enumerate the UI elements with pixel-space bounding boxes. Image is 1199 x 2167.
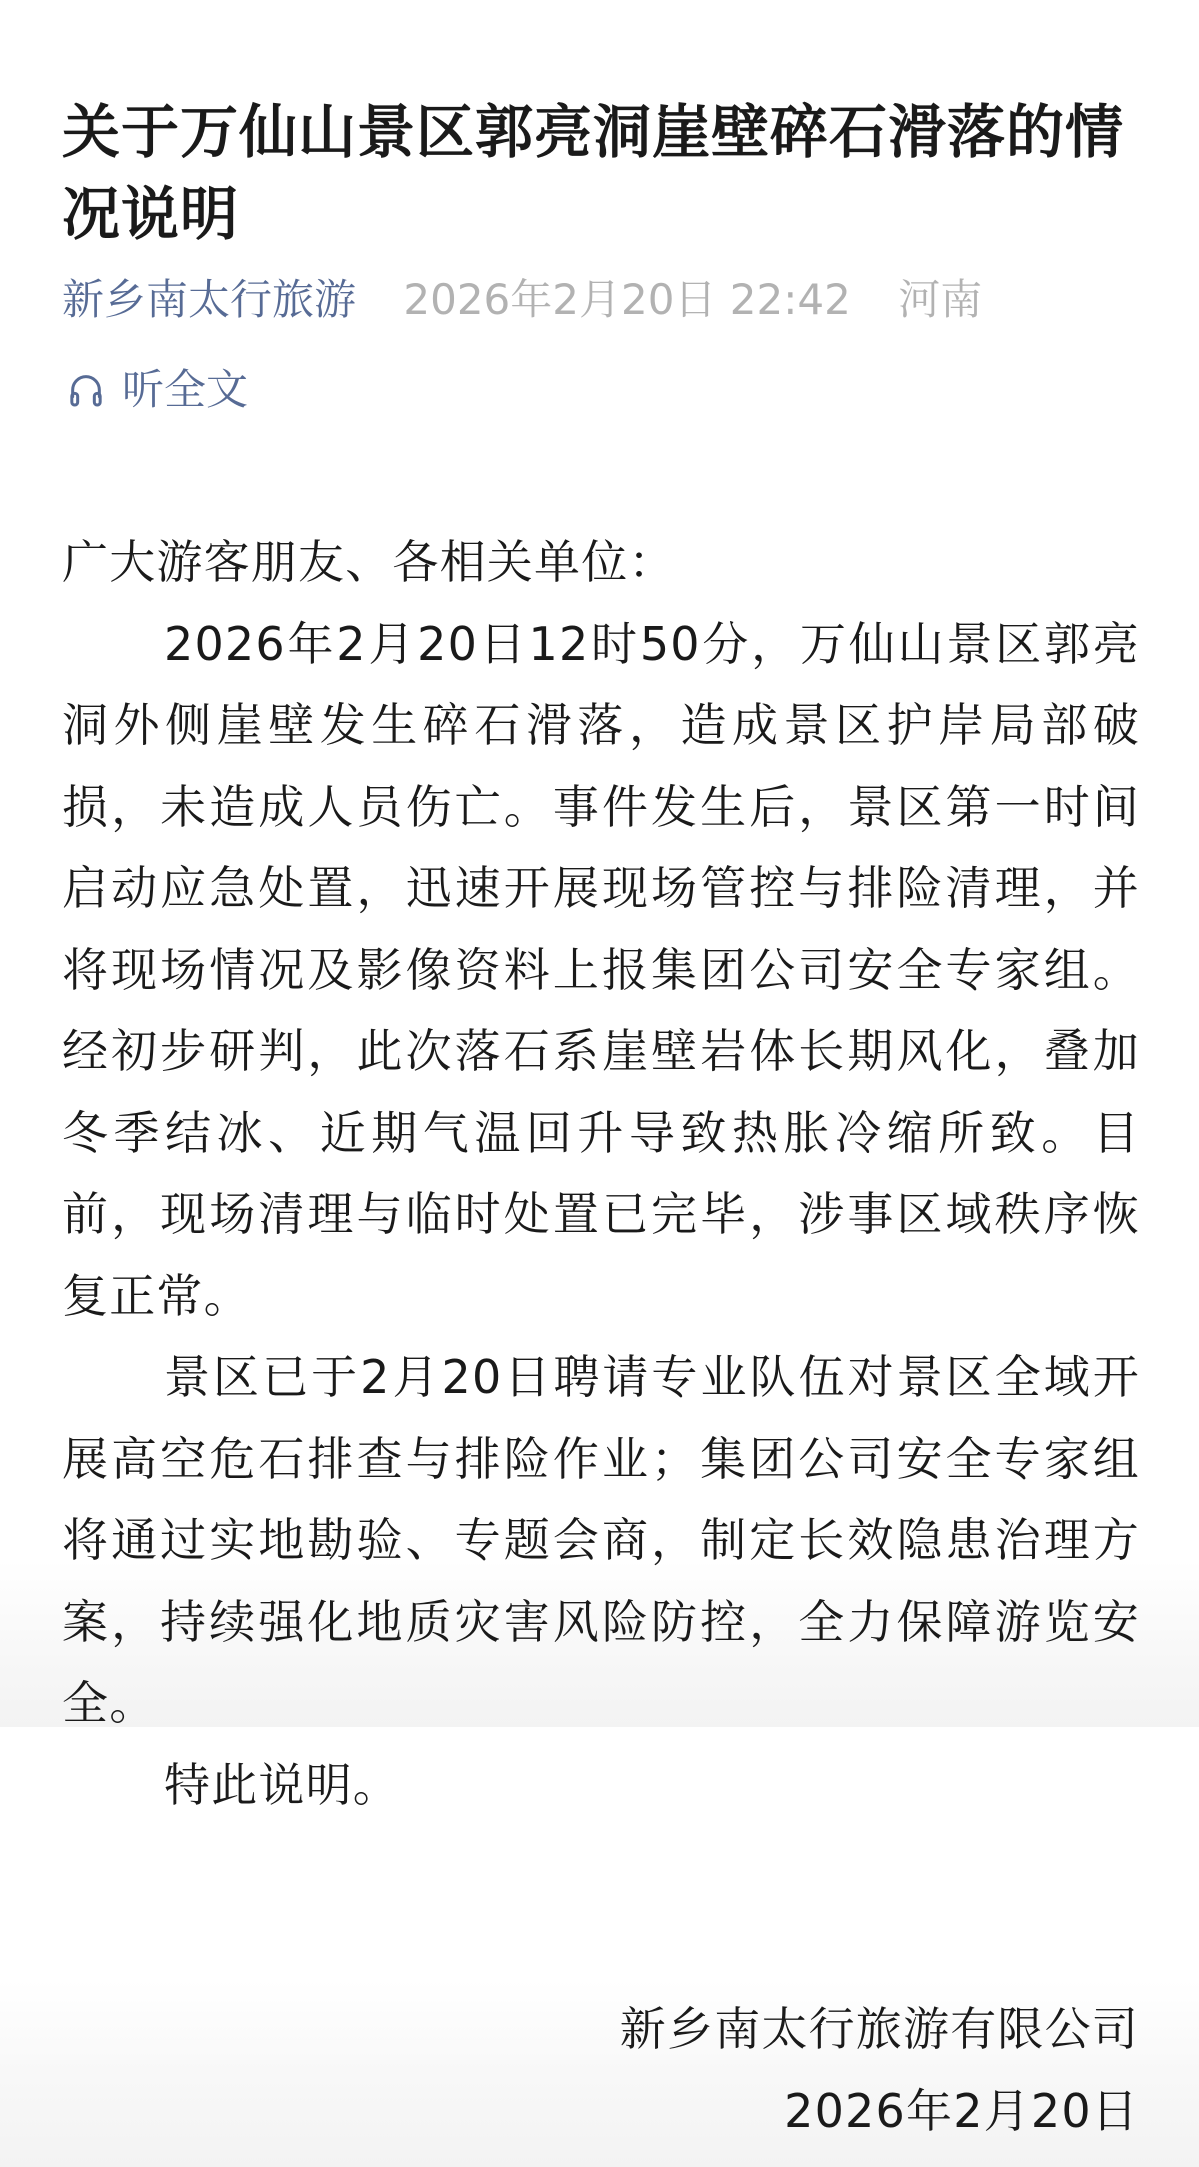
- signature-organization: 新乡南太行旅游有限公司: [620, 1988, 1139, 2070]
- salutation: 广大游客朋友、各相关单位：: [62, 522, 1140, 604]
- paragraph-incident: 2026年2月20日12时50分，万仙山景区郭亮洞外侧崖壁发生碎石滑落，造成景区…: [62, 604, 1140, 1338]
- signature: 新乡南太行旅游有限公司 2026年2月20日: [620, 1988, 1139, 2152]
- listen-label: 听全文: [122, 364, 248, 416]
- signature-date: 2026年2月20日: [620, 2070, 1139, 2152]
- article-body: 广大游客朋友、各相关单位： 2026年2月20日12时50分，万仙山景区郭亮洞外…: [62, 522, 1140, 1826]
- headphones-icon: [66, 370, 106, 410]
- account-name-link[interactable]: 新乡南太行旅游: [62, 275, 356, 324]
- article-meta: 新乡南太行旅游 2026年2月20日 22:42 河南: [62, 274, 982, 326]
- article-title: 关于万仙山景区郭亮洞崖壁碎石滑落的情况说明: [62, 91, 1152, 255]
- publish-time: 2026年2月20日 22:42: [403, 275, 850, 324]
- paragraph-closing: 特此说明。: [62, 1745, 1140, 1827]
- publish-location: 河南: [898, 275, 982, 324]
- listen-full-text-button[interactable]: 听全文: [66, 364, 248, 416]
- paragraph-measures: 景区已于2月20日聘请专业队伍对景区全域开展高空危石排查与排险作业；集团公司安全…: [62, 1337, 1140, 1745]
